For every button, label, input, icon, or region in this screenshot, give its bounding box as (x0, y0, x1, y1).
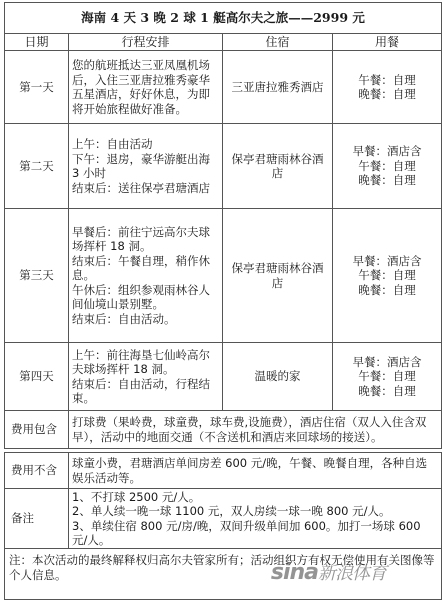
day-row-1: 第一天 您的航班抵达三亚凤凰机场后，入住三亚唐拉雅秀豪华五星酒店，好好休息，为即… (5, 51, 442, 124)
header-hotel: 住宿 (223, 34, 333, 51)
plan-line: 结束后：午餐自理，稍作休息。 (72, 254, 219, 283)
meal-breakfast: 早餐：酒店含 (336, 355, 438, 370)
header-row: 日期 行程安排 住宿 用餐 (5, 34, 442, 51)
plan-line: 结束后：自由活动。 (72, 312, 219, 327)
plan-line: 下午：退房，豪华游艇出海 3 小时 (72, 152, 219, 181)
meal-lunch: 午餐：自理 (336, 268, 438, 283)
day-row-2: 第二天 上午：自由活动 下午：退房，豪华游艇出海 3 小时 结束后：送往保亭君瑭… (5, 124, 442, 209)
remark-item: 3、单续住宿 800 元/房/晚，双间升级单间加 600。加打一场球 600 元… (72, 519, 438, 548)
plan-line: 结束后：自由活动，行程结束。 (72, 377, 219, 406)
day-date: 第二天 (5, 124, 69, 209)
included-row: 费用包含 打球费（果岭费，球童费，球车费,设施费），酒店住宿（双人入住含双早），… (5, 411, 442, 449)
title-row: 海南 4 天 3 晚 2 球 1 艇高尔夫之旅——2999 元 (5, 3, 442, 34)
day-plan: 早餐后：前往宁远高尔夫球场挥杆 18 洞。 结束后：午餐自理，稍作休息。 午休后… (69, 209, 223, 343)
day-row-3: 第三天 早餐后：前往宁远高尔夫球场挥杆 18 洞。 结束后：午餐自理，稍作休息。… (5, 209, 442, 343)
included-text: 打球费（果岭费，球童费，球车费,设施费），酒店住宿（双人入住含双早），活动中的地… (69, 411, 442, 449)
excluded-row: 费用不含 球童小费，君瑭酒店单间房差 600 元/晚，午餐、晚餐自理，各种自选娱… (5, 453, 442, 489)
excluded-text: 球童小费，君瑭酒店单间房差 600 元/晚，午餐、晚餐自理，各种自选娱乐活动等。 (69, 453, 442, 489)
day-meals: 早餐：酒店含 午餐：自理 晚餐：自理 (333, 124, 442, 209)
sina-sports-watermark: sina新浪体育 (271, 559, 386, 585)
day-date: 第三天 (5, 209, 69, 343)
plan-line: 上午：自由活动 (72, 137, 219, 152)
meal-breakfast: 早餐：酒店含 (336, 144, 438, 159)
day-meals: 早餐：酒店含 午餐：自理 晚餐：自理 (333, 343, 442, 411)
plan-line: 上午：前往海垦七仙岭高尔夫球场挥杆 18 洞。 (72, 348, 219, 377)
remarks-label: 备注 (5, 489, 69, 549)
watermark-text: 新浪体育 (318, 563, 386, 584)
remarks-list: 1、不打球 2500 元/人。 2、单人续一晚一球 1100 元，双人房续一球一… (69, 489, 442, 549)
meal-lunch: 午餐：自理 (336, 73, 438, 88)
plan-line: 午休后：组织参观雨林谷人间仙境山景别墅。 (72, 283, 219, 312)
meal-dinner: 晚餐：自理 (336, 384, 438, 399)
day-meals: 午餐：自理 晚餐：自理 (333, 51, 442, 124)
remark-item: 1、不打球 2500 元/人。 (72, 490, 438, 505)
header-meals: 用餐 (333, 34, 442, 51)
meal-dinner: 晚餐：自理 (336, 173, 438, 188)
remark-item: 2、单人续一晚一球 1100 元，双人房续一球一晚 800 元/人。 (72, 504, 438, 519)
day-plan: 上午：前往海垦七仙岭高尔夫球场挥杆 18 洞。 结束后：自由活动，行程结束。 (69, 343, 223, 411)
included-label: 费用包含 (5, 411, 69, 449)
plan-line: 结束后：送往保亭君瑭酒店 (72, 181, 219, 196)
day-hotel: 保亭君瑭雨林谷酒店 (223, 124, 333, 209)
remarks-row: 备注 1、不打球 2500 元/人。 2、单人续一晚一球 1100 元，双人房续… (5, 489, 442, 549)
meal-breakfast: 早餐：酒店含 (336, 254, 438, 269)
itinerary-table: 海南 4 天 3 晚 2 球 1 艇高尔夫之旅——2999 元 日期 行程安排 … (4, 2, 442, 600)
meal-lunch: 午餐：自理 (336, 369, 438, 384)
day-meals: 早餐：酒店含 午餐：自理 晚餐：自理 (333, 209, 442, 343)
header-date: 日期 (5, 34, 69, 51)
day-plan: 上午：自由活动 下午：退房，豪华游艇出海 3 小时 结束后：送往保亭君瑭酒店 (69, 124, 223, 209)
day-date: 第四天 (5, 343, 69, 411)
day-hotel: 温暖的家 (223, 343, 333, 411)
document-title: 海南 4 天 3 晚 2 球 1 艇高尔夫之旅——2999 元 (5, 3, 442, 34)
header-plan: 行程安排 (69, 34, 223, 51)
day-plan: 您的航班抵达三亚凤凰机场后，入住三亚唐拉雅秀豪华五星酒店，好好休息，为即将开始旅… (69, 51, 223, 124)
itinerary-document: 海南 4 天 3 晚 2 球 1 艇高尔夫之旅——2999 元 日期 行程安排 … (4, 2, 441, 600)
meal-dinner: 晚餐：自理 (336, 87, 438, 102)
day-row-4: 第四天 上午：前往海垦七仙岭高尔夫球场挥杆 18 洞。 结束后：自由活动，行程结… (5, 343, 442, 411)
meal-lunch: 午餐：自理 (336, 159, 438, 174)
excluded-label: 费用不含 (5, 453, 69, 489)
watermark-brand: sina (271, 560, 318, 585)
day-date: 第一天 (5, 51, 69, 124)
day-hotel: 保亭君瑭雨林谷酒店 (223, 209, 333, 343)
day-hotel: 三亚唐拉雅秀酒店 (223, 51, 333, 124)
plan-line: 早餐后：前往宁远高尔夫球场挥杆 18 洞。 (72, 225, 219, 254)
meal-dinner: 晚餐：自理 (336, 283, 438, 298)
